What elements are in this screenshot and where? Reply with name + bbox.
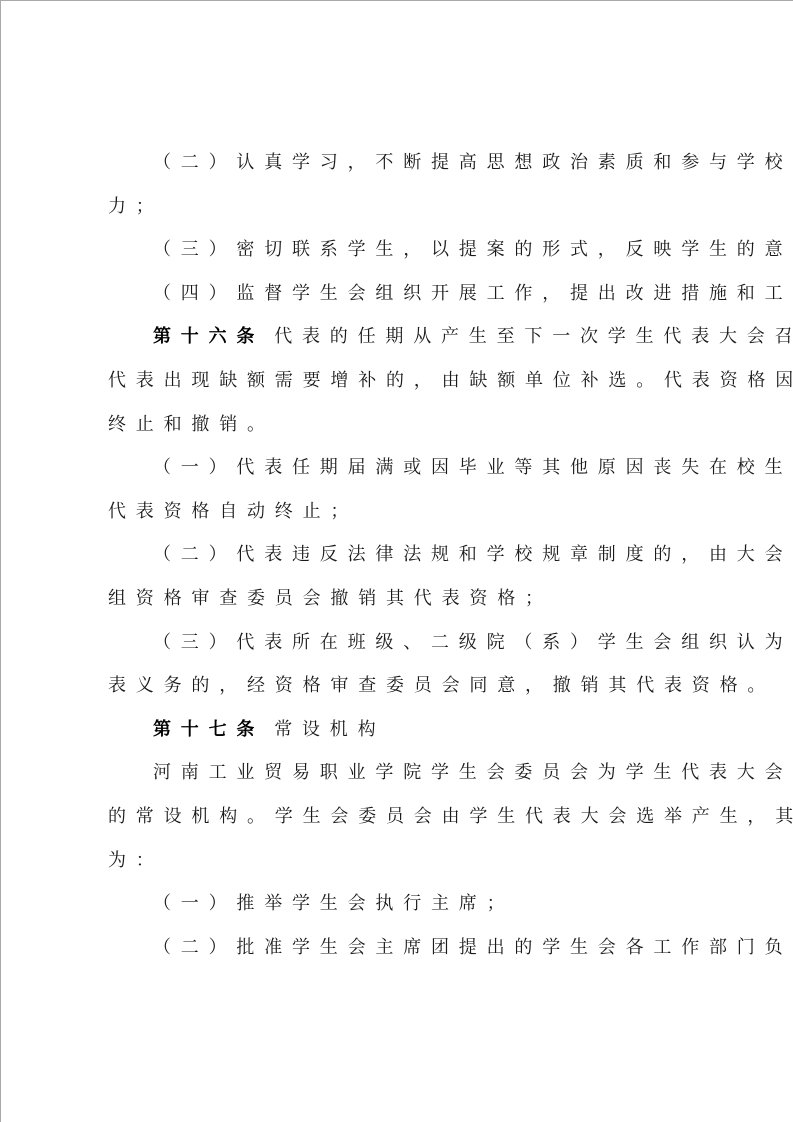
text-line: 代表资格自动终止； [108,490,708,534]
line-text: 常设机构 [274,719,385,740]
text-line: （三）代表所在班级、二级院（系）学生会组织认为其未尽代 [108,621,708,665]
text-line: （二）认真学习，不断提高思想政治素质和参与学校治理的能 [108,141,708,185]
line-text: 力； [108,196,164,217]
document-body: （二）认真学习，不断提高思想政治素质和参与学校治理的能 力； （三）密切联系学生… [108,141,708,969]
text-line: 组资格审查委员会撤销其代表资格； [108,577,708,621]
article-heading: 第十七条 [153,719,264,740]
line-text: 为： [108,850,164,871]
line-text: 的常设机构。学生会委员会由学生代表大会选举产生，其主要职责 [108,806,793,827]
line-text: （三）密切联系学生，以提案的形式，反映学生的意见和要求； [153,239,793,260]
line-text: （一）推举学生会执行主席； [153,893,514,914]
line-text: 代表的任期从产生至下一次学生代表大会召开止， [274,326,793,347]
text-line: 代表出现缺额需要增补的，由缺额单位补选。代表资格因以下原因 [108,359,708,403]
line-text: （二）认真学习，不断提高思想政治素质和参与学校治理的能 [153,152,793,173]
document-page: （二）认真学习，不断提高思想政治素质和参与学校治理的能 力； （三）密切联系学生… [0,0,793,1122]
line-text: 河南工业贸易职业学院学生会委员会为学生代表大会闭会期间 [153,762,793,783]
line-text: （二）代表违反法律法规和学校规章制度的，由大会筹备工作 [153,544,793,565]
article-heading: 第十六条 [153,326,264,347]
text-line: 表义务的，经资格审查委员会同意，撤销其代表资格。 [108,664,708,708]
text-line: 的常设机构。学生会委员会由学生代表大会选举产生，其主要职责 [108,795,708,839]
line-text: 组资格审查委员会撤销其代表资格； [108,588,553,609]
line-text: （四）监督学生会组织开展工作，提出改进措施和工作建议。 [153,283,793,304]
text-line: 终止和撤销。 [108,403,708,447]
text-line: （一）推举学生会执行主席； [108,882,708,926]
line-text: 代表资格自动终止； [108,501,358,522]
text-line: （一）代表任期届满或因毕业等其他原因丧失在校生身份的， [108,446,708,490]
line-text: 表义务的，经资格审查委员会同意，撤销其代表资格。 [108,675,775,696]
text-line: 河南工业贸易职业学院学生会委员会为学生代表大会闭会期间 [108,751,708,795]
text-line: （二）批准学生会主席团提出的学生会各工作部门负责人的名 [108,926,708,970]
text-line: 力； [108,185,708,229]
line-text: （一）代表任期届满或因毕业等其他原因丧失在校生身份的， [153,457,793,478]
line-text: 终止和撤销。 [108,414,275,435]
text-line: （二）代表违反法律法规和学校规章制度的，由大会筹备工作 [108,533,708,577]
text-line: （三）密切联系学生，以提案的形式，反映学生的意见和要求； [108,228,708,272]
line-text: （二）批准学生会主席团提出的学生会各工作部门负责人的名 [153,937,793,958]
text-line: 为： [108,839,708,883]
line-text: 代表出现缺额需要增补的，由缺额单位补选。代表资格因以下原因 [108,370,793,391]
article-17-line: 第十七条常设机构 [108,708,708,752]
article-16-line: 第十六条代表的任期从产生至下一次学生代表大会召开止， [108,315,708,359]
text-line: （四）监督学生会组织开展工作，提出改进措施和工作建议。 [108,272,708,316]
line-text: （三）代表所在班级、二级院（系）学生会组织认为其未尽代 [153,632,793,653]
